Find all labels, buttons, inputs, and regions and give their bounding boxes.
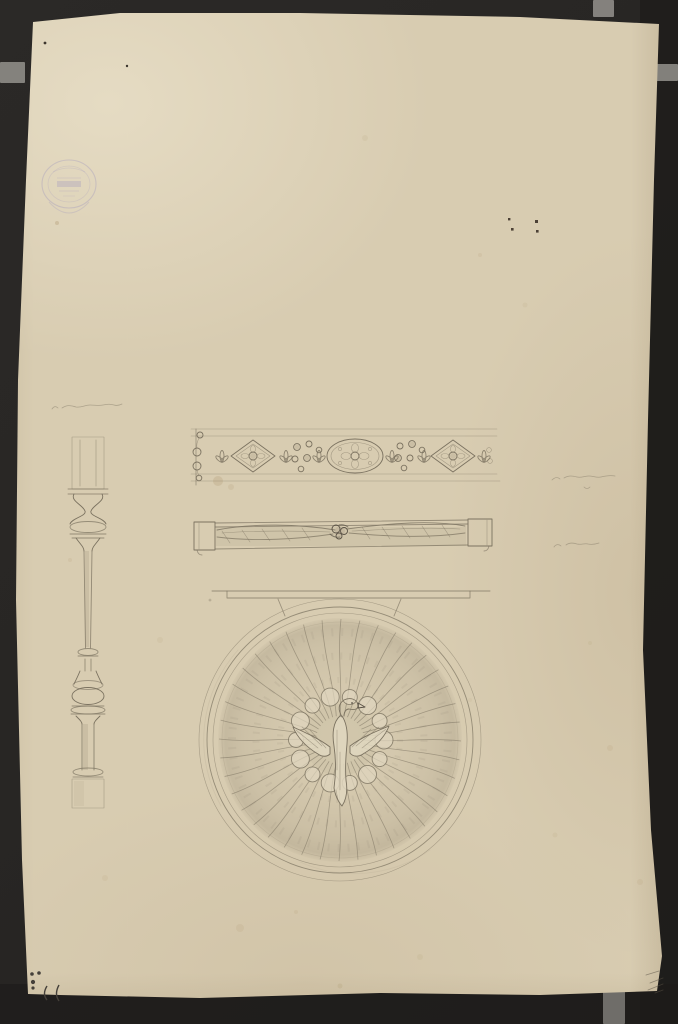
tape-strip-right: [655, 64, 678, 81]
tape-strip-left: [0, 62, 25, 83]
paper-sheet: [0, 0, 678, 1024]
tape-strip-bottom: [603, 988, 625, 1024]
tape-strip-top-right: [593, 0, 614, 17]
photographed-sheet: [0, 0, 678, 1024]
